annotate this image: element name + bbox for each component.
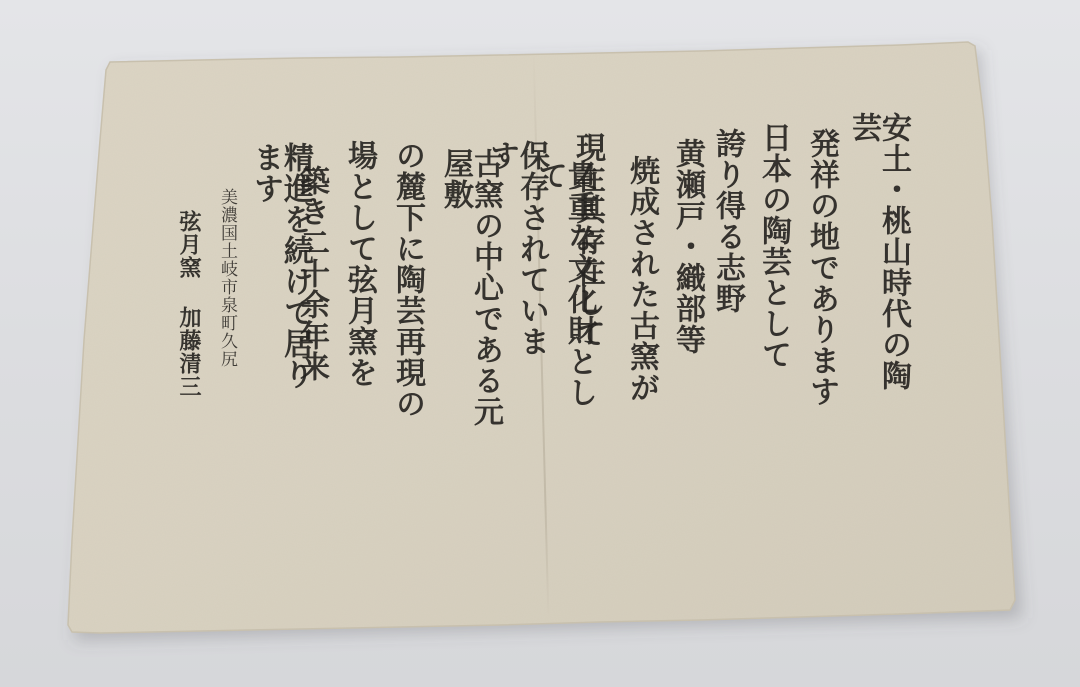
letter-column-3: 日本の陶芸として [758, 122, 788, 372]
letter-column-10: 古窯の中心である元屋敷 [440, 148, 500, 448]
letter-column-12: 場として弦月窯を [344, 140, 374, 390]
sender-address: 美濃国土岐市泉町久尻 [218, 188, 235, 398]
sender-signature: 弦月窯 加藤清三 [178, 210, 200, 410]
letter-column-1: 安土・桃山時代の陶芸 [848, 112, 908, 412]
letter-column-11: の麓下に陶芸再現の [392, 140, 422, 420]
letter-column-5: 黄瀬戸・織部等 [672, 138, 702, 358]
letter-column-4: 誇り得る志野 [712, 128, 742, 328]
photo: 安土・桃山時代の陶芸 発祥の地であります 日本の陶芸として 誇り得る志野 黄瀬戸… [0, 0, 1080, 687]
handwritten-letter: 安土・桃山時代の陶芸 発祥の地であります 日本の陶芸として 誇り得る志野 黄瀬戸… [0, 0, 1080, 687]
letter-column-14: 精進を続けて居ります [250, 142, 310, 412]
letter-column-2: 発祥の地であります [806, 128, 836, 408]
letter-column-6: 焼成された古窯が [626, 155, 656, 405]
